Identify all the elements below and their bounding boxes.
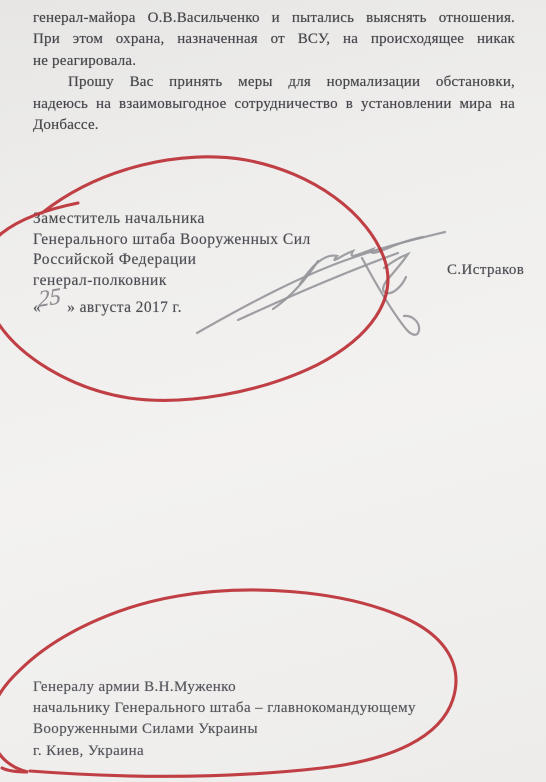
recipient-line: начальнику Генерального штаба – главноко… bbox=[33, 698, 416, 719]
signature-stroke bbox=[362, 258, 419, 335]
date-rest: » августа 2017 г. bbox=[67, 299, 182, 316]
recipient-line: г. Киев, Украина bbox=[33, 741, 416, 762]
signature-stroke bbox=[300, 237, 423, 284]
body-line: генерал-майора О.В.Васильченко и пыталис… bbox=[33, 8, 515, 29]
handwritten-date-day: 25 bbox=[38, 283, 61, 313]
scanned-letter-page: генерал-майора О.В.Васильченко и пыталис… bbox=[0, 0, 546, 782]
recipient-line: Вооруженными Силами Украины bbox=[33, 719, 416, 740]
signature-stroke bbox=[383, 254, 408, 293]
signature-title-line: Генерального штаба Вооруженных Сил bbox=[33, 230, 311, 251]
signature-title-block: Заместитель начальника Генерального штаб… bbox=[33, 209, 311, 291]
signer-name: С.Истраков bbox=[447, 262, 524, 279]
letter-body: генерал-майора О.В.Васильченко и пыталис… bbox=[33, 8, 515, 136]
body-line: надеюсь на взаимовыгодное сотрудничество… bbox=[33, 94, 515, 115]
body-line: Прошу Вас принять меры для нормализации … bbox=[33, 72, 515, 93]
body-line: Донбассе. bbox=[33, 115, 515, 136]
signature-title-line: Российской Федерации bbox=[33, 250, 311, 271]
body-line: не реагировала. bbox=[33, 51, 515, 72]
recipient-address-block: Генералу армии В.Н.Муженко начальнику Ге… bbox=[33, 677, 416, 762]
signature-title-line: Заместитель начальника bbox=[33, 209, 311, 230]
body-line: При этом охрана, назначенная от ВСУ, на … bbox=[33, 29, 515, 50]
signature-title-line: генерал-полковник bbox=[33, 271, 311, 292]
recipient-line: Генералу армии В.Н.Муженко bbox=[33, 677, 416, 698]
